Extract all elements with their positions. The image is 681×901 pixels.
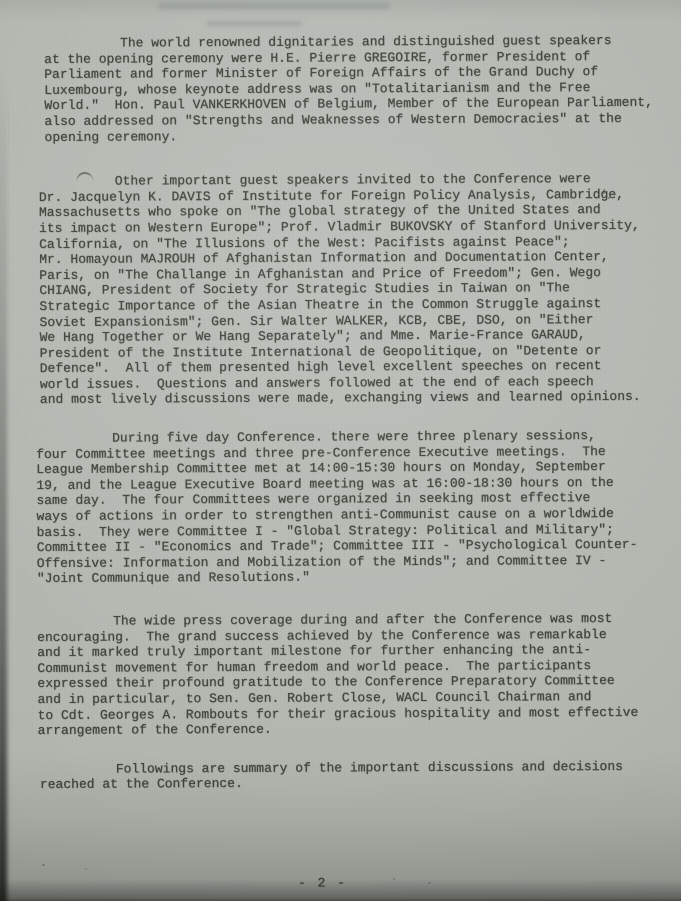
bleedthrough-smudge [206, 21, 302, 26]
paragraph: Other important guest speakers invited t… [39, 171, 656, 408]
paragraph: The wide press coverage during and after… [37, 611, 658, 739]
ink-speck [42, 864, 45, 866]
paragraph: During five day Conference. there were t… [36, 428, 657, 587]
paragraph: Followings are summary of the important … [40, 758, 658, 792]
left-edge-shadow [0, 70, 7, 901]
page-text: The world renowned dignitaries and disti… [34, 33, 658, 893]
ink-speck [428, 882, 431, 884]
ink-speck [393, 878, 395, 880]
paragraph: The world renowned dignitaries and disti… [44, 33, 655, 145]
document-page: The world renowned dignitaries and disti… [0, 0, 681, 901]
ink-speck [85, 868, 87, 870]
ink-speck [608, 197, 610, 199]
bleedthrough-smudge [158, 3, 390, 9]
page-number: - 2 - [12, 874, 632, 893]
